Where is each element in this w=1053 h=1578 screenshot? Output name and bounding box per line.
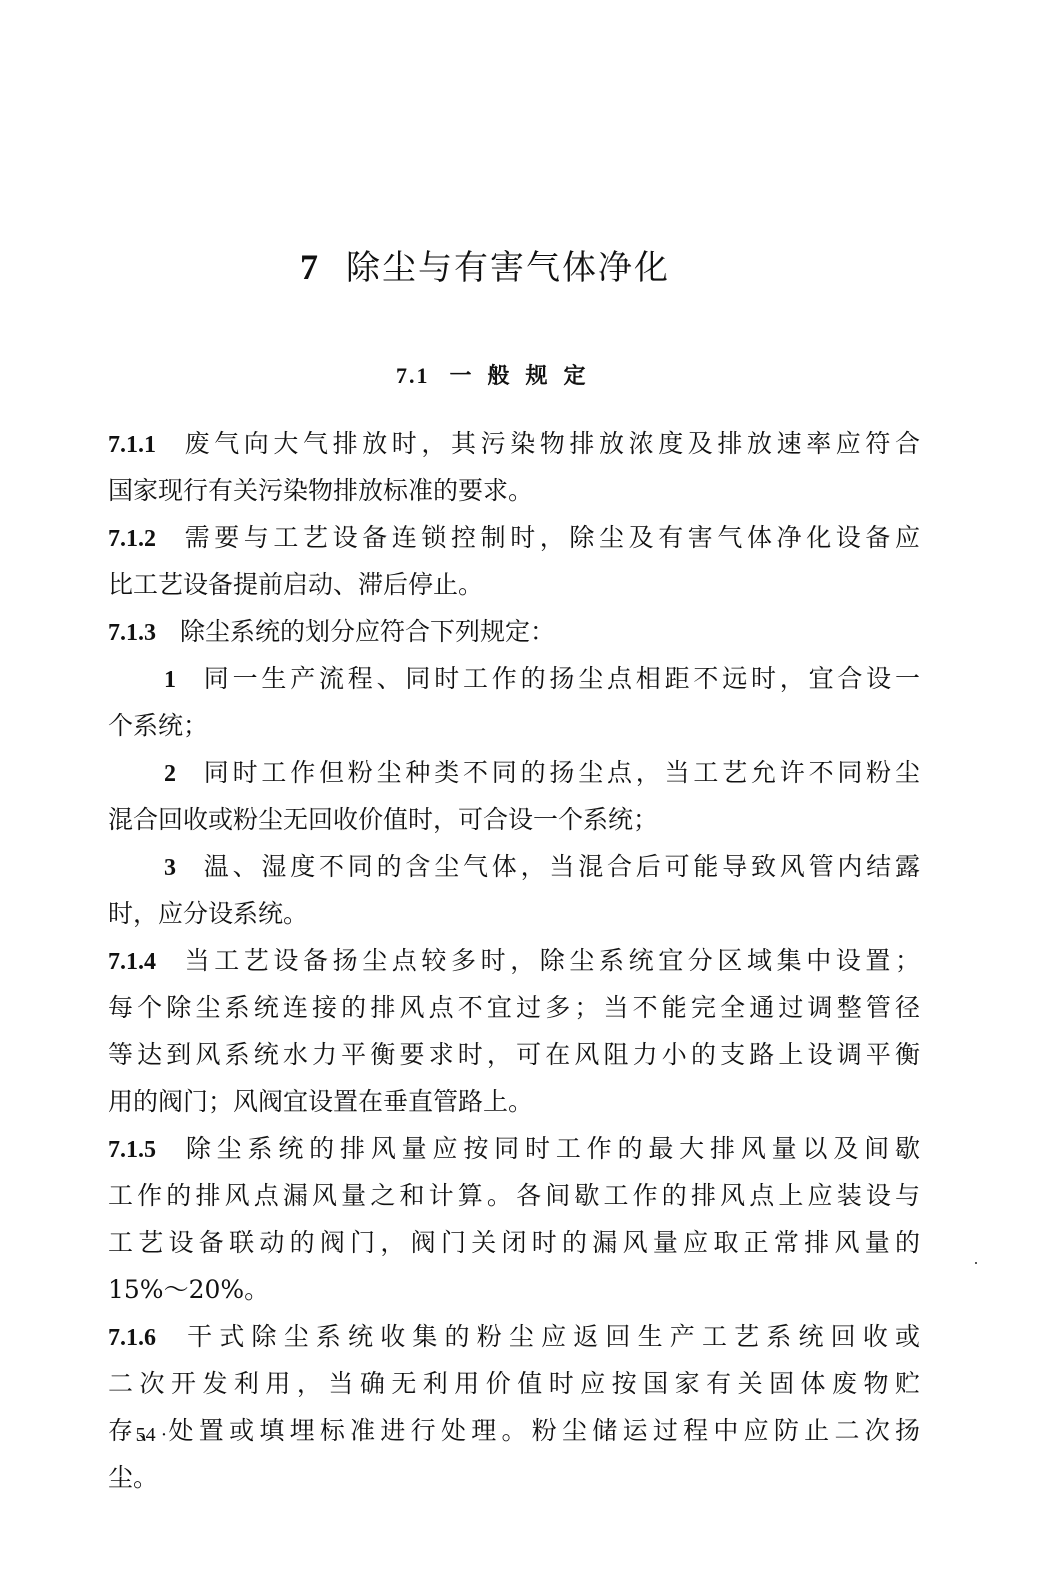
clause-7-1-2: 7.1.2需要与工艺设备连锁控制时，除尘及有害气体净化设备应 比工艺设备提前启动…	[108, 514, 920, 608]
clause-line: 7.1.5除尘系统的排风量应按同时工作的最大排风量以及间歇	[108, 1125, 920, 1172]
clause-line: 二次开发利用，当确无利用价值时应按国家有关固体废物贮	[108, 1360, 920, 1407]
item-text: 温、湿度不同的含尘气体，当混合后可能导致风管内结露	[200, 852, 920, 881]
clause-number: 7.1.3	[108, 620, 156, 646]
clause-line: 国家现行有关污染物排放标准的要求。	[108, 467, 920, 514]
clause-line: 7.1.2需要与工艺设备连锁控制时，除尘及有害气体净化设备应	[108, 514, 920, 561]
clause-text: 除尘系统的划分应符合下列规定：	[180, 617, 555, 646]
item-line: 1同一生产流程、同时工作的扬尘点相距不远时，宜合设一	[108, 655, 920, 702]
section-title: 7.1一般规定	[396, 356, 602, 396]
section-title-text: 一般规定	[450, 363, 602, 389]
clause-7-1-6: 7.1.6干式除尘系统收集的粉尘应返回生产工艺系统回收或 二次开发利用，当确无利…	[108, 1313, 920, 1501]
item-line: 个系统；	[108, 702, 920, 749]
clause-text: 除尘系统的排风量应按同时工作的最大排风量以及间歇	[180, 1134, 920, 1163]
item-line: 3温、湿度不同的含尘气体，当混合后可能导致风管内结露	[108, 843, 920, 890]
clause-7-1-3: 7.1.3除尘系统的划分应符合下列规定： 1同一生产流程、同时工作的扬尘点相距不…	[108, 608, 920, 937]
list-item: 2同时工作但粉尘种类不同的扬尘点，当工艺允许不同粉尘 混合回收或粉尘无回收价值时…	[108, 749, 920, 843]
clause-line: 7.1.3除尘系统的划分应符合下列规定：	[108, 608, 920, 655]
clause-text: 废气向大气排放时，其污染物排放浓度及排放速率应符合	[180, 429, 920, 458]
chapter-number: 7	[300, 247, 320, 287]
chapter-title: 7除尘与有害气体净化	[300, 242, 760, 293]
clause-text: 干式除尘系统收集的粉尘应返回生产工艺系统回收或	[180, 1322, 920, 1351]
clause-line: 尘。	[108, 1454, 920, 1501]
item-number: 2	[164, 761, 176, 787]
clause-text: 当工艺设备扬尘点较多时，除尘系统宜分区域集中设置；	[180, 946, 920, 975]
clause-line: 工艺设备联动的阀门，阀门关闭时的漏风量应取正常排风量的	[108, 1219, 920, 1266]
clause-number: 7.1.5	[108, 1137, 156, 1163]
clause-line: 7.1.6干式除尘系统收集的粉尘应返回生产工艺系统回收或	[108, 1313, 920, 1360]
list-item: 1同一生产流程、同时工作的扬尘点相距不远时，宜合设一 个系统；	[108, 655, 920, 749]
item-line: 混合回收或粉尘无回收价值时，可合设一个系统；	[108, 796, 920, 843]
document-body: 7.1.1废气向大气排放时，其污染物排放浓度及排放速率应符合 国家现行有关污染物…	[108, 420, 920, 1501]
item-text: 同一生产流程、同时工作的扬尘点相距不远时，宜合设一	[200, 664, 920, 693]
item-number: 3	[164, 855, 176, 881]
clause-line: 等达到风系统水力平衡要求时，可在风阻力小的支路上设调平衡	[108, 1031, 920, 1078]
chapter-title-text: 除尘与有害气体净化	[346, 248, 670, 288]
clause-line: 工作的排风点漏风量之和计算。各间歇工作的排风点上应装设与	[108, 1172, 920, 1219]
item-line: 时，应分设系统。	[108, 890, 920, 937]
clause-line: 比工艺设备提前启动、滞后停止。	[108, 561, 920, 608]
page-number: · 54 ·	[124, 1424, 167, 1447]
clause-line: 每个除尘系统连接的排风点不宜过多；当不能完全通过调整管径	[108, 984, 920, 1031]
clause-line: 7.1.1废气向大气排放时，其污染物排放浓度及排放速率应符合	[108, 420, 920, 467]
section-number: 7.1	[396, 363, 430, 388]
clause-text: 需要与工艺设备连锁控制时，除尘及有害气体净化设备应	[180, 523, 920, 552]
clause-line: 7.1.4当工艺设备扬尘点较多时，除尘系统宜分区域集中设置；	[108, 937, 920, 984]
clause-number: 7.1.1	[108, 432, 156, 458]
clause-7-1-5: 7.1.5除尘系统的排风量应按同时工作的最大排风量以及间歇 工作的排风点漏风量之…	[108, 1125, 920, 1313]
clause-7-1-4: 7.1.4当工艺设备扬尘点较多时，除尘系统宜分区域集中设置； 每个除尘系统连接的…	[108, 937, 920, 1125]
clause-line: 15%～20%。	[108, 1266, 920, 1313]
clause-number: 7.1.2	[108, 526, 156, 552]
item-text: 同时工作但粉尘种类不同的扬尘点，当工艺允许不同粉尘	[200, 758, 920, 787]
document-page: 7除尘与有害气体净化 7.1一般规定 7.1.1废气向大气排放时，其污染物排放浓…	[0, 0, 1053, 1578]
item-line: 2同时工作但粉尘种类不同的扬尘点，当工艺允许不同粉尘	[108, 749, 920, 796]
clause-7-1-1: 7.1.1废气向大气排放时，其污染物排放浓度及排放速率应符合 国家现行有关污染物…	[108, 420, 920, 514]
item-number: 1	[164, 667, 176, 693]
list-item: 3温、湿度不同的含尘气体，当混合后可能导致风管内结露 时，应分设系统。	[108, 843, 920, 937]
clause-line: 存、处置或填埋标准进行处理。粉尘储运过程中应防止二次扬	[108, 1407, 920, 1454]
clause-line: 用的阀门；风阀宜设置在垂直管路上。	[108, 1078, 920, 1125]
clause-number: 7.1.4	[108, 949, 156, 975]
scan-speck	[975, 1262, 977, 1264]
clause-number: 7.1.6	[108, 1325, 156, 1351]
